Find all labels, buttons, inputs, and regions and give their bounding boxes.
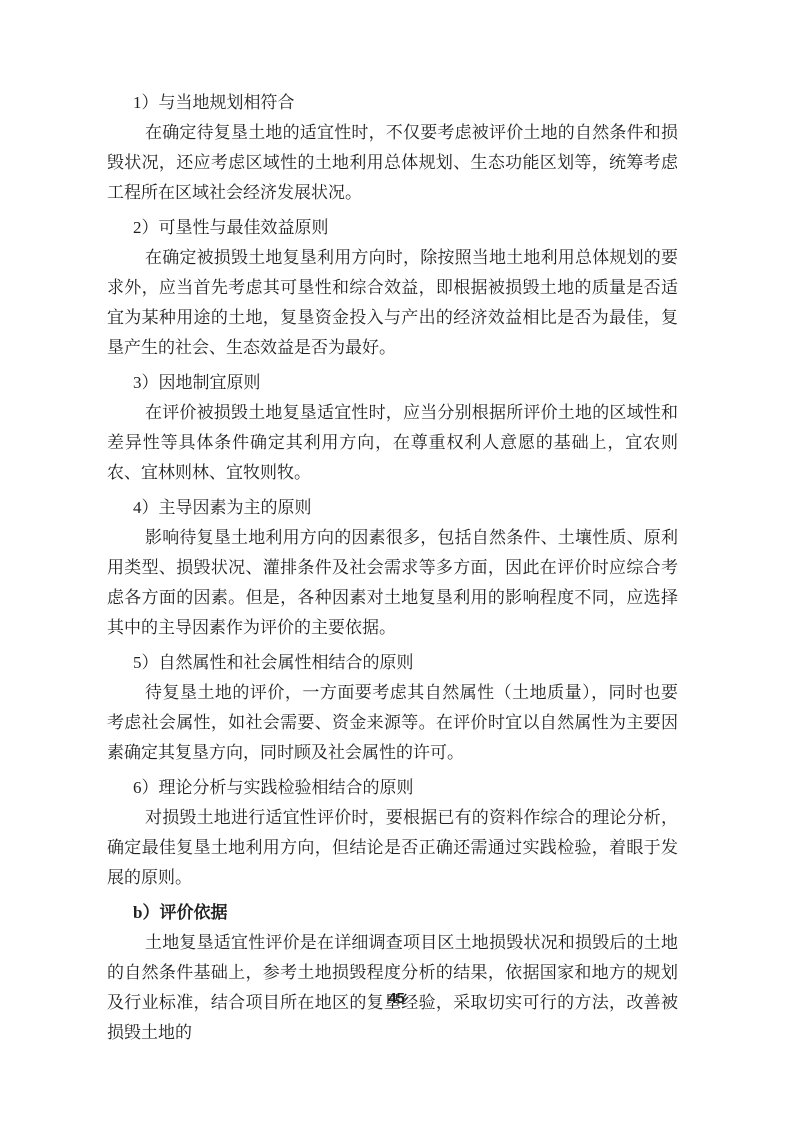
- numbered-subheading: 3）因地制宜原则: [107, 368, 678, 398]
- body-paragraph: 土地复垦适宜性评价是在详细调查项目区土地损毁状况和损毁后的土地的自然条件基础上，…: [107, 928, 678, 1048]
- body-paragraph: 在评价被损毁土地复垦适宜性时，应当分别根据所评价土地的区域性和差异性等具体条件确…: [107, 398, 678, 488]
- numbered-subheading: 1）与当地规划相符合: [107, 88, 678, 118]
- numbered-subheading: 4）主导因素为主的原则: [107, 493, 678, 523]
- page-number: 45: [0, 990, 793, 1007]
- numbered-subheading: 2）可垦性与最佳效益原则: [107, 213, 678, 243]
- body-paragraph: 影响待复垦土地利用方向的因素很多，包括自然条件、土壤性质、原利用类型、损毁状况、…: [107, 523, 678, 643]
- numbered-subheading: 6）理论分析与实践检验相结合的原则: [107, 773, 678, 803]
- body-paragraph: 在确定被损毁土地复垦利用方向时，除按照当地土地利用总体规划的要求外，应当首先考虑…: [107, 243, 678, 363]
- body-paragraph: 在确定待复垦土地的适宜性时，不仅要考虑被评价土地的自然条件和损毁状况，还应考虑区…: [107, 118, 678, 208]
- document-page: 1）与当地规划相符合 在确定待复垦土地的适宜性时，不仅要考虑被评价土地的自然条件…: [0, 0, 793, 1122]
- numbered-subheading: 5）自然属性和社会属性相结合的原则: [107, 648, 678, 678]
- body-paragraph: 待复垦土地的评价，一方面要考虑其自然属性（土地质量），同时也要考虑社会属性，如社…: [107, 678, 678, 768]
- page-content: 1）与当地规划相符合 在确定待复垦土地的适宜性时，不仅要考虑被评价土地的自然条件…: [107, 88, 678, 1048]
- section-heading-evaluation-basis: b）评价依据: [107, 898, 678, 928]
- body-paragraph: 对损毁土地进行适宜性评价时，要根据已有的资料作综合的理论分析，确定最佳复垦土地利…: [107, 803, 678, 893]
